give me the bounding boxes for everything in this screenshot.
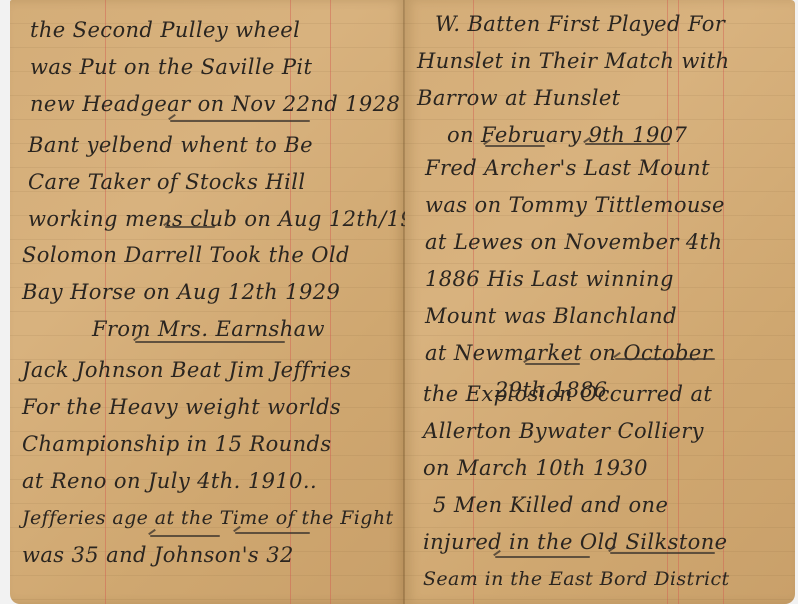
text-line: 5 Men Killed and one [423,487,730,524]
separator-flourish [610,552,715,554]
entry-bay-horse: Solomon Darrell Took the Old Bay Horse o… [22,237,350,348]
separator-flourish [150,535,220,537]
separator-flourish [485,145,545,147]
text-line: Jefferies age at the Time of the Fight [22,500,394,537]
text-line: was Put on the Saville Pit [30,49,400,86]
entry-batten-hunslet: W. Batten First Played For Hunslet in Th… [417,6,730,154]
text-line: Championship in 15 Rounds [22,426,394,463]
entry-johnson-jeffries: Jack Johnson Beat Jim Jeffries For the H… [22,352,394,574]
separator-flourish [585,143,670,145]
separator-flourish [495,556,590,558]
entry-fred-archer: Fred Archer's Last Mount was on Tommy Ti… [425,150,725,409]
separator-flourish [135,341,285,343]
entry-pulley-wheel: the Second Pulley wheel was Put on the S… [30,12,400,123]
text-line: new Headgear on Nov 22nd 1928 [30,86,400,123]
text-line: 1886 His Last winning [425,261,725,298]
text-line: Fred Archer's Last Mount [425,150,725,187]
text-line: Solomon Darrell Took the Old [22,237,350,274]
separator-flourish [615,358,715,360]
entry-caretaker: Bant yelbend whent to Be Care Taker of S… [28,127,405,238]
text-line: on March 10th 1930 [423,450,730,487]
text-line: W. Batten First Played For [417,6,730,43]
text-line: working mens club on Aug 12th/1929 [28,201,405,238]
text-line: Bant yelbend whent to Be [28,127,405,164]
notebook-spread: the Second Pulley wheel was Put on the S… [0,0,798,604]
text-line: For the Heavy weight worlds [22,389,394,426]
text-line: Care Taker of Stocks Hill [28,164,405,201]
text-line: on February 9th 1907 [417,117,730,154]
right-page: W. Batten First Played For Hunslet in Th… [405,0,795,604]
separator-flourish [170,120,310,122]
text-line: Seam in the East Bord District [423,561,730,598]
text-line: was on Tommy Tittlemouse [425,187,725,224]
separator-flourish [165,226,215,228]
text-line: Bay Horse on Aug 12th 1929 [22,274,350,311]
entry-allerton-explosion: the Explosion Occurred at Allerton Bywat… [423,376,730,598]
text-line: at Reno on July 4th. 1910.. [22,463,394,500]
text-line: Mount was Blanchland [425,298,725,335]
text-line: at Newmarket on October [425,335,725,372]
text-line: the Second Pulley wheel [30,12,400,49]
text-line: the Explosion Occurred at [423,376,730,413]
text-line: Allerton Bywater Colliery [423,413,730,450]
text-line: was 35 and Johnson's 32 [22,537,394,574]
text-line: Hunslet in Their Match with [417,43,730,80]
left-page: the Second Pulley wheel was Put on the S… [10,0,405,604]
separator-flourish [235,532,310,534]
text-line: at Lewes on November 4th [425,224,725,261]
text-line: Barrow at Hunslet [417,80,730,117]
text-line: Jack Johnson Beat Jim Jeffries [22,352,394,389]
separator-flourish [525,363,580,365]
